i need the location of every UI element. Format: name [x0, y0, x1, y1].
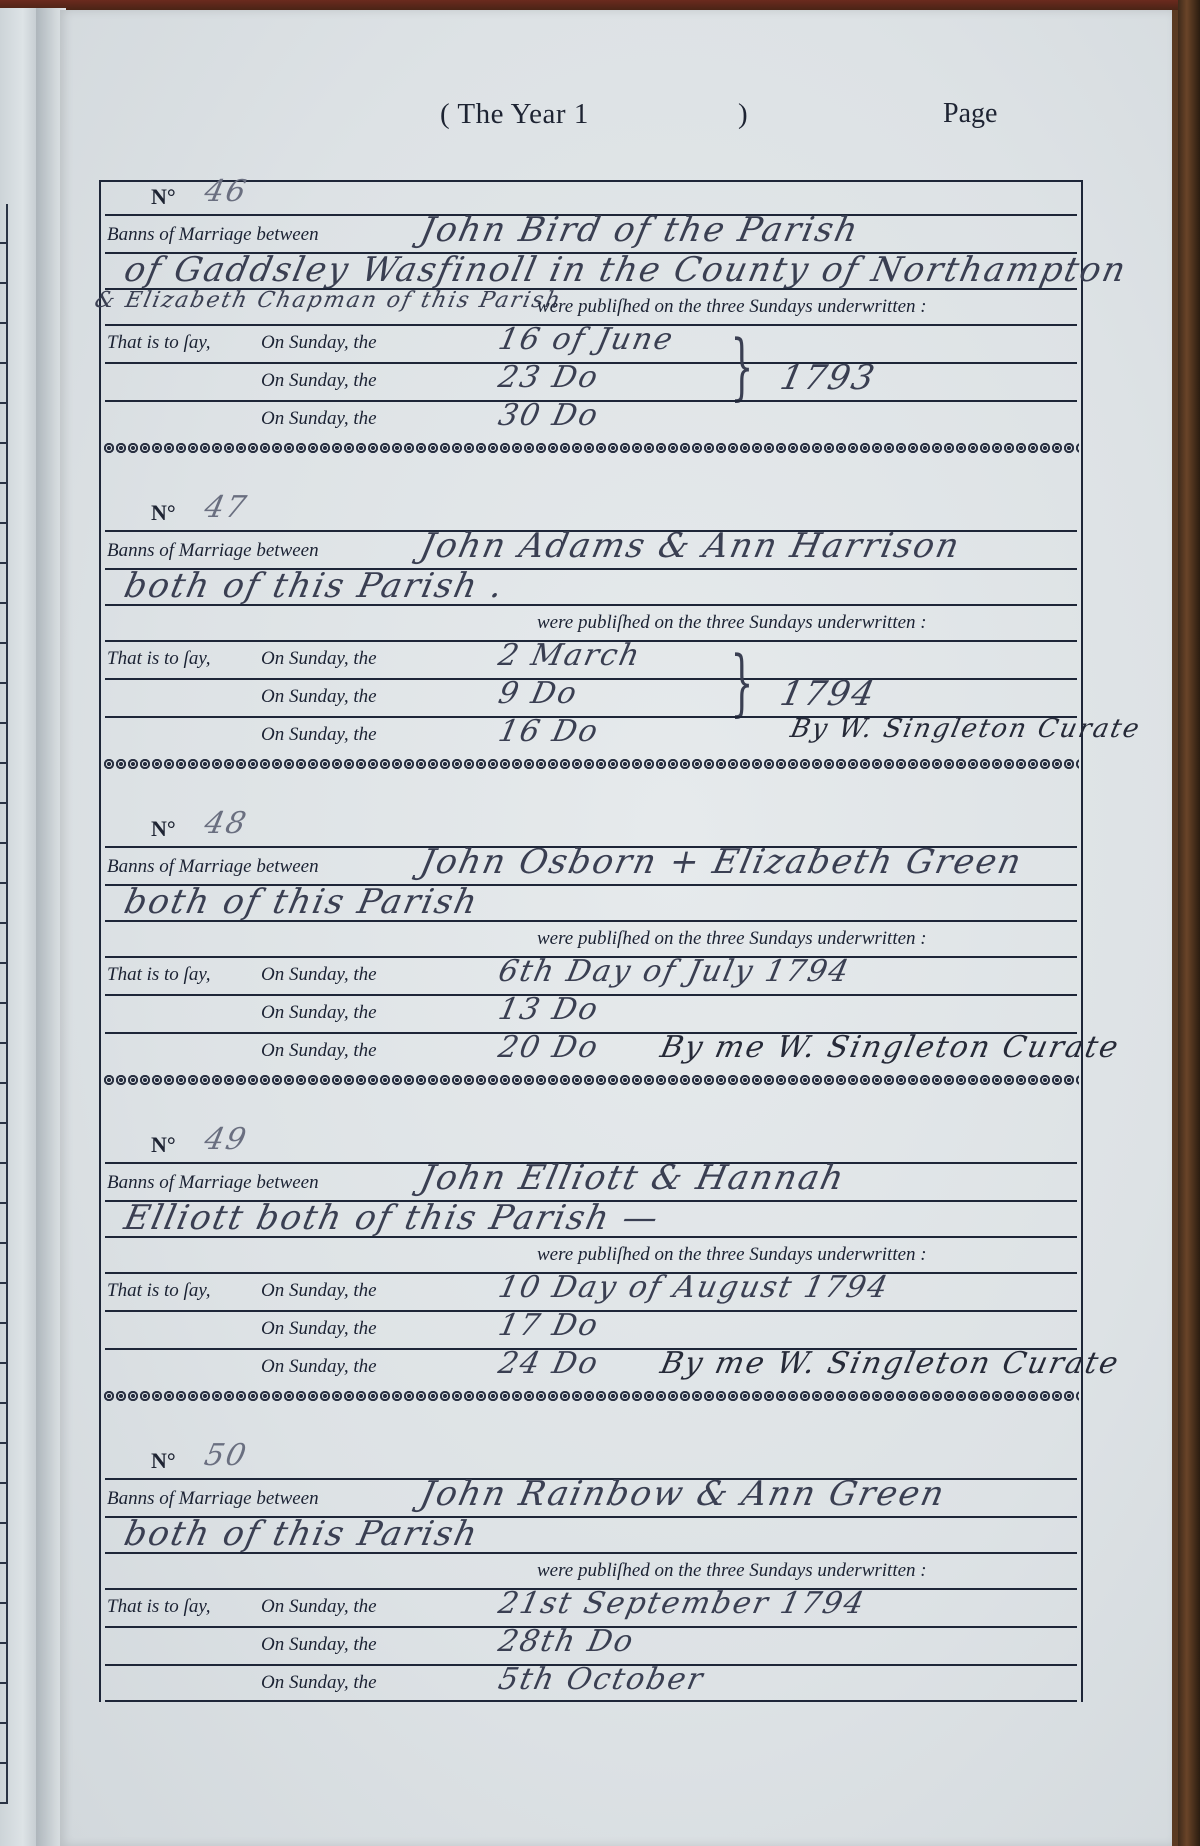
entry-number: 48 — [201, 806, 251, 841]
banns-entry-47: N° 47 Banns of Marriage between John Ada… — [101, 496, 1081, 796]
published-label: were publiſhed on the three Sundays unde… — [537, 1244, 927, 1266]
banns-entry-49: N° 49 Banns of Marriage between John Ell… — [101, 1128, 1081, 1428]
entry-number: 46 — [201, 174, 251, 209]
on-sunday-label-1: On Sunday, the — [261, 1280, 377, 1302]
entry-number-prefix: N° — [151, 1132, 176, 1158]
entry-number: 47 — [201, 490, 251, 525]
officiant-signature: By me W. Singleton Curate — [657, 1030, 1123, 1065]
banns-label: Banns of Marriage between — [107, 1172, 319, 1194]
names-line-2: of Gaddsley Wasfinoll in the County of N… — [121, 250, 1131, 290]
banns-label: Banns of Marriage between — [107, 1488, 319, 1510]
sunday-2-date: 23 Do — [495, 360, 602, 395]
published-label: were publiſhed on the three Sundays unde… — [537, 1560, 927, 1582]
book-edge-right — [1178, 0, 1200, 1846]
names-line-1: John Rainbow & Ann Green — [417, 1474, 950, 1514]
entry-number-prefix: N° — [151, 184, 176, 210]
officiant-signature: By W. Singleton Curate — [788, 714, 1144, 744]
rule — [105, 678, 1077, 680]
on-sunday-label-2: On Sunday, the — [261, 1002, 377, 1024]
sunday-2-date: 28th Do — [495, 1624, 638, 1659]
sunday-1-date: 6th Day of July 1794 — [495, 954, 853, 989]
sunday-3-date: 20 Do — [495, 1030, 602, 1065]
on-sunday-label-1: On Sunday, the — [261, 332, 377, 354]
sunday-1-date: 16 of June — [495, 322, 677, 357]
entry-number-prefix: N° — [151, 500, 176, 526]
names-line-2: Elliott both of this Parish — — [121, 1198, 664, 1238]
names-line-1: John Bird of the Parish — [417, 210, 863, 250]
that-is-to-say-label: That is to ſay, — [107, 1596, 210, 1618]
sunday-1-date: 2 March — [495, 638, 644, 673]
on-sunday-label-3: On Sunday, the — [261, 1672, 377, 1694]
rule — [105, 604, 1077, 606]
sunday-3-date: 30 Do — [495, 398, 602, 433]
sunday-3-date: 16 Do — [495, 714, 602, 749]
names-line-1: John Elliott & Hannah — [417, 1158, 849, 1198]
that-is-to-say-label: That is to ſay, — [107, 332, 210, 354]
year-label: ( The Year 1 — [440, 98, 589, 130]
published-label: were publiſhed on the three Sundays unde… — [537, 612, 927, 634]
sunday-3-date: 5th October — [495, 1662, 707, 1697]
banns-label: Banns of Marriage between — [107, 856, 319, 878]
banns-label: Banns of Marriage between — [107, 540, 319, 562]
ornamental-divider — [103, 442, 1079, 454]
rule — [105, 1552, 1077, 1554]
on-sunday-label-3: On Sunday, the — [261, 724, 377, 746]
on-sunday-label-1: On Sunday, the — [261, 648, 377, 670]
entry-number-prefix: N° — [151, 816, 176, 842]
ornamental-divider — [103, 1074, 1079, 1086]
sunday-1-date: 21st September 1794 — [495, 1586, 869, 1621]
banns-entry-48: N° 48 Banns of Marriage between John Osb… — [101, 812, 1081, 1112]
date-brace: } — [730, 330, 753, 402]
sunday-1-date: 10 Day of August 1794 — [495, 1270, 892, 1305]
date-brace: } — [730, 646, 753, 718]
on-sunday-label-1: On Sunday, the — [261, 1596, 377, 1618]
year-close-paren: ) — [738, 98, 748, 131]
sunday-3-date: 24 Do — [495, 1346, 602, 1381]
on-sunday-label-3: On Sunday, the — [261, 408, 377, 430]
facing-page-edge — [0, 8, 38, 1846]
on-sunday-label-2: On Sunday, the — [261, 686, 377, 708]
names-line-3: & Elizabeth Chapman of this Parish — [92, 288, 564, 313]
ornamental-divider — [103, 1390, 1079, 1402]
rule — [105, 1236, 1077, 1238]
on-sunday-label-2: On Sunday, the — [261, 1318, 377, 1340]
sunday-2-date: 9 Do — [495, 676, 581, 711]
on-sunday-label-2: On Sunday, the — [261, 1634, 377, 1656]
entry-number: 49 — [201, 1122, 251, 1157]
sunday-2-date: 17 Do — [495, 1308, 602, 1343]
that-is-to-say-label: That is to ſay, — [107, 648, 210, 670]
banns-label: Banns of Marriage between — [107, 224, 319, 246]
entry-year: 1794 — [777, 674, 880, 714]
published-label: were publiſhed on the three Sundays unde… — [537, 296, 927, 318]
that-is-to-say-label: That is to ſay, — [107, 964, 210, 986]
page-number-label: Page — [943, 98, 997, 130]
entry-year: 1793 — [777, 358, 880, 398]
names-line-2: both of this Parish — [121, 882, 483, 922]
entry-number-prefix: N° — [151, 1448, 176, 1474]
published-label: were publiſhed on the three Sundays unde… — [537, 928, 927, 950]
sunday-2-date: 13 Do — [495, 992, 602, 1027]
table-bottom-rule — [105, 1700, 1077, 1702]
facing-page-rules — [0, 204, 8, 1804]
banns-register-table: N° 46 Banns of Marriage between John Bir… — [99, 180, 1083, 1702]
page-header: ( The Year 1 ) Page — [0, 98, 1200, 138]
entry-number: 50 — [201, 1438, 251, 1473]
officiant-signature: By me W. Singleton Curate — [657, 1346, 1123, 1381]
that-is-to-say-label: That is to ſay, — [107, 1280, 210, 1302]
on-sunday-label-3: On Sunday, the — [261, 1040, 377, 1062]
names-line-1: John Adams & Ann Harrison — [417, 526, 965, 566]
banns-entry-50: N° 50 Banns of Marriage between John Rai… — [101, 1444, 1081, 1744]
year-heading: ( The Year 1 ) — [440, 98, 589, 131]
ornamental-divider — [103, 758, 1079, 770]
names-line-2: both of this Parish . — [121, 566, 508, 606]
on-sunday-label-2: On Sunday, the — [261, 370, 377, 392]
book-binding-top — [0, 0, 1200, 10]
names-line-2: both of this Parish — [121, 1514, 483, 1554]
rule — [105, 920, 1077, 922]
names-line-1: John Osborn + Elizabeth Green — [417, 842, 1027, 882]
banns-entry-46: N° 46 Banns of Marriage between John Bir… — [101, 180, 1081, 480]
on-sunday-label-1: On Sunday, the — [261, 964, 377, 986]
on-sunday-label-3: On Sunday, the — [261, 1356, 377, 1378]
